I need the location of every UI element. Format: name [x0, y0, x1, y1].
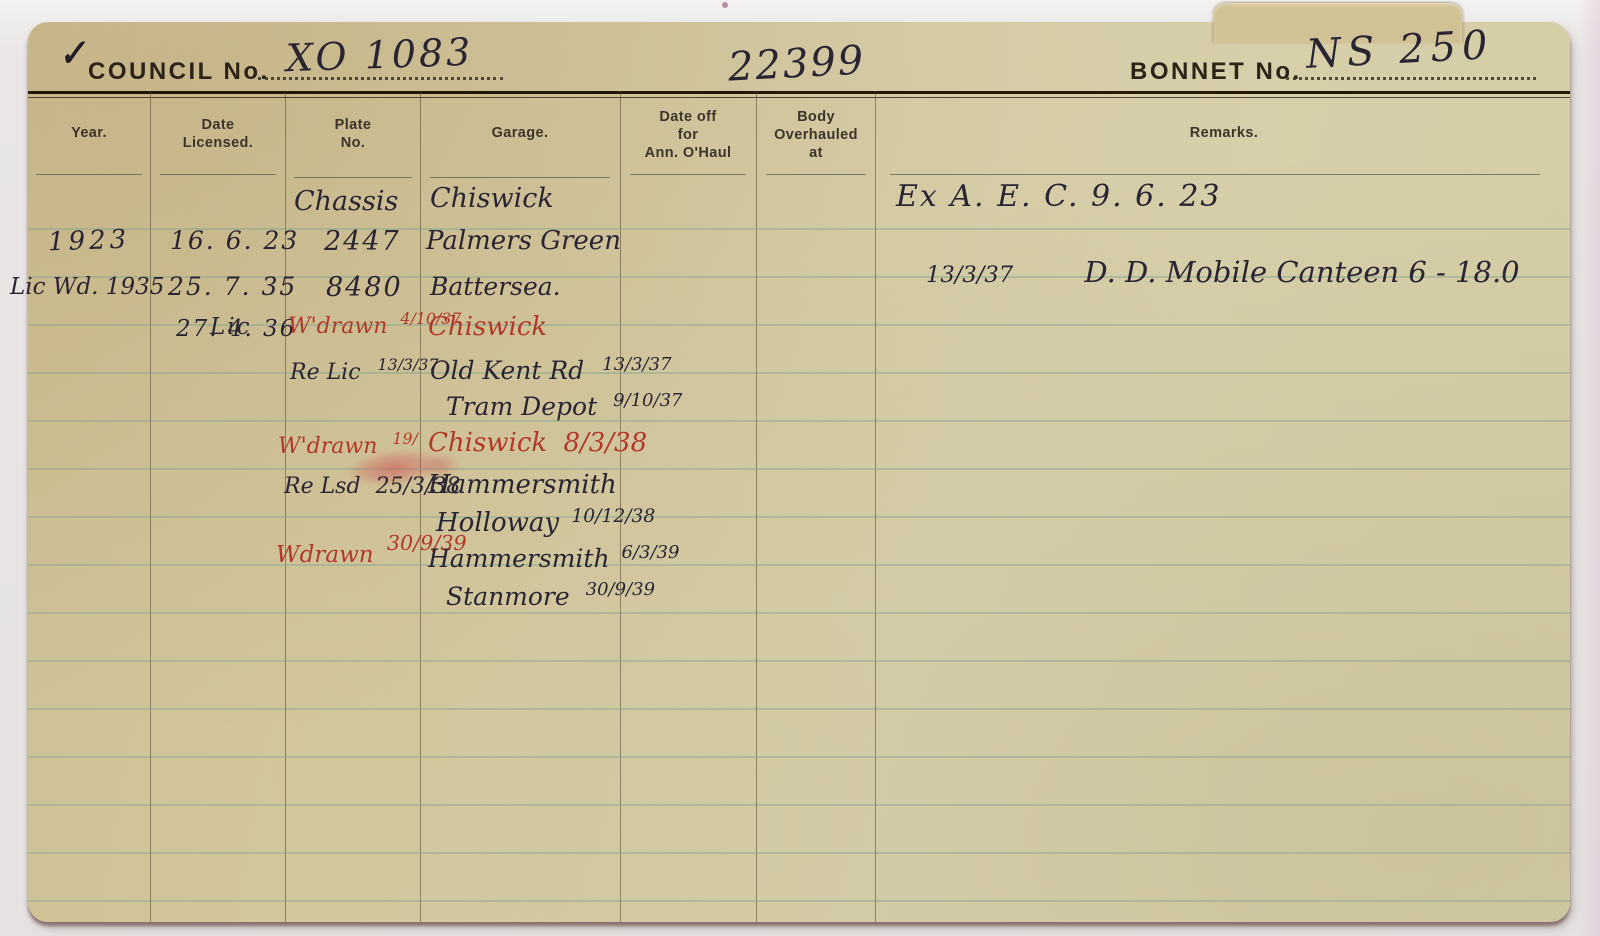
relicensed-label: Re Lsd — [284, 474, 361, 499]
card-serial-number: 22399 — [727, 40, 866, 87]
withdrawn-label: W'drawn — [288, 314, 387, 339]
writing-line — [294, 177, 412, 178]
withdrawn-label: W'drawn — [278, 434, 377, 459]
garage-name: Old Kent Rd — [430, 356, 584, 385]
entry-garage-holloway: Holloway 10/12/38 — [436, 510, 655, 536]
writing-line — [630, 174, 746, 175]
garage-move-date: 13/3/37 — [602, 354, 671, 375]
council-number-label: COUNCIL No. — [88, 58, 270, 86]
pencil-checkmark-icon: ✓ — [55, 32, 89, 76]
entry-garage-stanmore: Stanmore 30/9/39 — [446, 584, 655, 609]
writing-line — [36, 174, 142, 175]
record-card: ✓ COUNCIL No. XO 1083 22399 BONNET No. N… — [28, 22, 1570, 922]
garage-move-date: 10/12/38 — [571, 506, 655, 527]
entry-year-1923: 1923 — [48, 227, 131, 256]
entry-plate-2447: 2447 — [324, 228, 401, 255]
entry-garage-old-kent-rd: Old Kent Rd 13/3/37 — [430, 358, 672, 383]
garage-name: Stanmore — [446, 582, 570, 611]
bonnet-number-dotted-line — [1286, 77, 1536, 80]
column-header-plate-no: Plate No. — [335, 116, 372, 152]
entry-plate-withdrawn-1938: W'drawn 19/ — [278, 436, 418, 458]
entry-garage-chiswick-1: Chiswick — [430, 185, 554, 212]
header-rule — [28, 91, 1570, 98]
column-header-year: Year. — [71, 124, 107, 142]
writing-line — [430, 177, 610, 178]
writing-line — [766, 174, 866, 175]
writing-line — [890, 174, 1540, 175]
column-header-body-overhauled: Body Overhauled at — [774, 108, 858, 162]
entry-garage-tram-depot: Tram Depot 9/10/37 — [446, 394, 682, 419]
entry-remark-mobile-canteen: 13/3/37 D. D. Mobile Canteen 6 - 18.0 — [926, 258, 1520, 287]
remark-date: 13/3/37 — [926, 262, 1013, 288]
entry-plate-relic: Re Lic 13/3/37 — [290, 362, 439, 384]
entry-plate-chassis: Chassis — [294, 188, 398, 215]
remark-text: D. D. Mobile Canteen 6 - 18.0 — [1084, 255, 1519, 289]
relicensed-label: Re Lic — [290, 360, 361, 385]
column-header-date-licensed: Date Licensed. — [183, 116, 254, 152]
withdrawn-label: Wdrawn — [276, 542, 374, 568]
photograph-background: ✓ COUNCIL No. XO 1083 22399 BONNET No. N… — [0, 0, 1600, 936]
entry-garage-chiswick-2: Chiswick — [428, 314, 547, 340]
entry-plate-8480: 8480 — [326, 274, 403, 301]
garage-name: Tram Depot — [446, 392, 597, 421]
entry-date-licensed-1936: 27. 4. 36 — [176, 318, 296, 341]
dust-speck — [722, 2, 728, 8]
garage-name: Chiswick — [428, 428, 547, 458]
garage-name: Hammersmith — [428, 544, 610, 573]
garage-move-date: 30/9/39 — [586, 579, 655, 600]
entry-date-licensed-1935: 25. 7. 35 — [168, 274, 297, 299]
entry-garage-battersea: Battersea. — [430, 274, 561, 299]
entry-garage-chiswick-3: Chiswick 8/3/38 — [428, 430, 647, 456]
entry-year-lic-wd-1935: Lic Wd. 1935 — [10, 276, 164, 299]
column-header-date-off: Date off for Ann. O'Haul — [645, 108, 732, 162]
bonnet-number-value: NS 250 — [1305, 25, 1494, 75]
withdrawn-date: 19/ — [392, 429, 417, 448]
entry-garage-hammersmith-2: Hammersmith 6/3/39 — [428, 546, 679, 571]
bonnet-number-label: BONNET No. — [1130, 58, 1302, 86]
garage-move-date: 8/3/38 — [563, 428, 647, 458]
writing-line — [160, 174, 276, 175]
garage-move-date: 9/10/37 — [613, 390, 682, 411]
entry-remark-ex-aec: Ex A. E. C. 9. 6. 23 — [896, 182, 1222, 212]
entry-garage-palmers-green: Palmers Green — [426, 228, 621, 254]
garage-move-date: 6/3/39 — [622, 542, 680, 563]
entry-date-licensed-1923: 16. 6. 23 — [170, 228, 299, 253]
council-number-value: XO 1083 — [285, 33, 474, 78]
column-header-garage: Garage. — [492, 124, 549, 142]
entry-garage-hammersmith-1: Hammersmith — [428, 472, 617, 498]
column-header-remarks: Remarks. — [1190, 124, 1259, 142]
